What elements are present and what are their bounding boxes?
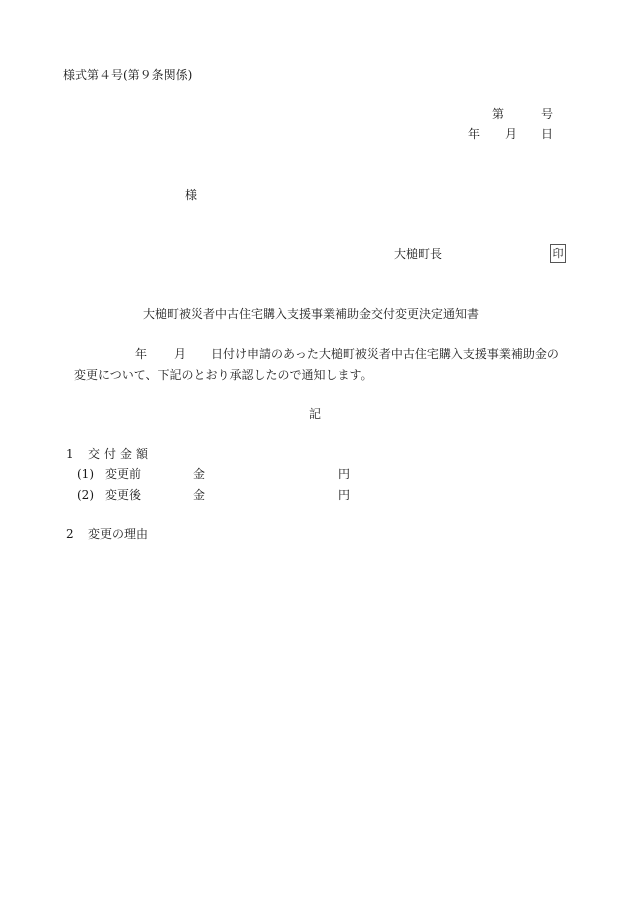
body-text-line2: 変更について、下記のとおり承認したので通知します。 xyxy=(74,367,373,383)
section-1-number: 1 xyxy=(66,446,74,462)
amount-after-label: 変更後 xyxy=(105,487,141,503)
amount-after-number: (2) xyxy=(77,487,94,503)
form-number: 様式第４号(第９条関係) xyxy=(63,67,192,83)
amount-before-label: 変更前 xyxy=(105,466,141,482)
document-title: 大槌町被災者中古住宅購入支援事業補助金交付変更決定通知書 xyxy=(143,306,479,322)
amount-after-yen: 円 xyxy=(338,487,350,503)
amount-before-number: (1) xyxy=(77,466,94,482)
date-month: 月 xyxy=(505,126,517,142)
document-number-suffix: 号 xyxy=(541,106,553,122)
amount-after-kin: 金 xyxy=(193,487,205,503)
date-day: 日 xyxy=(541,126,553,142)
body-year: 年 xyxy=(135,346,147,362)
body-month: 月 xyxy=(174,346,186,362)
body-text-line1: 日付け申請のあった大槌町被災者中古住宅購入支援事業補助金の xyxy=(211,346,559,362)
addressee-honorific: 様 xyxy=(185,187,197,203)
amount-before-yen: 円 xyxy=(338,466,350,482)
ki-heading: 記 xyxy=(309,406,321,422)
section-2-number: 2 xyxy=(66,526,74,542)
document-number-prefix: 第 xyxy=(492,106,504,122)
section-2-label: 変更の理由 xyxy=(88,526,148,542)
issuer-title: 大槌町長 xyxy=(394,246,442,262)
seal-icon: 印 xyxy=(550,244,566,263)
amount-before-kin: 金 xyxy=(193,466,205,482)
section-1-label: 交付金額 xyxy=(88,446,152,462)
date-year: 年 xyxy=(468,126,480,142)
